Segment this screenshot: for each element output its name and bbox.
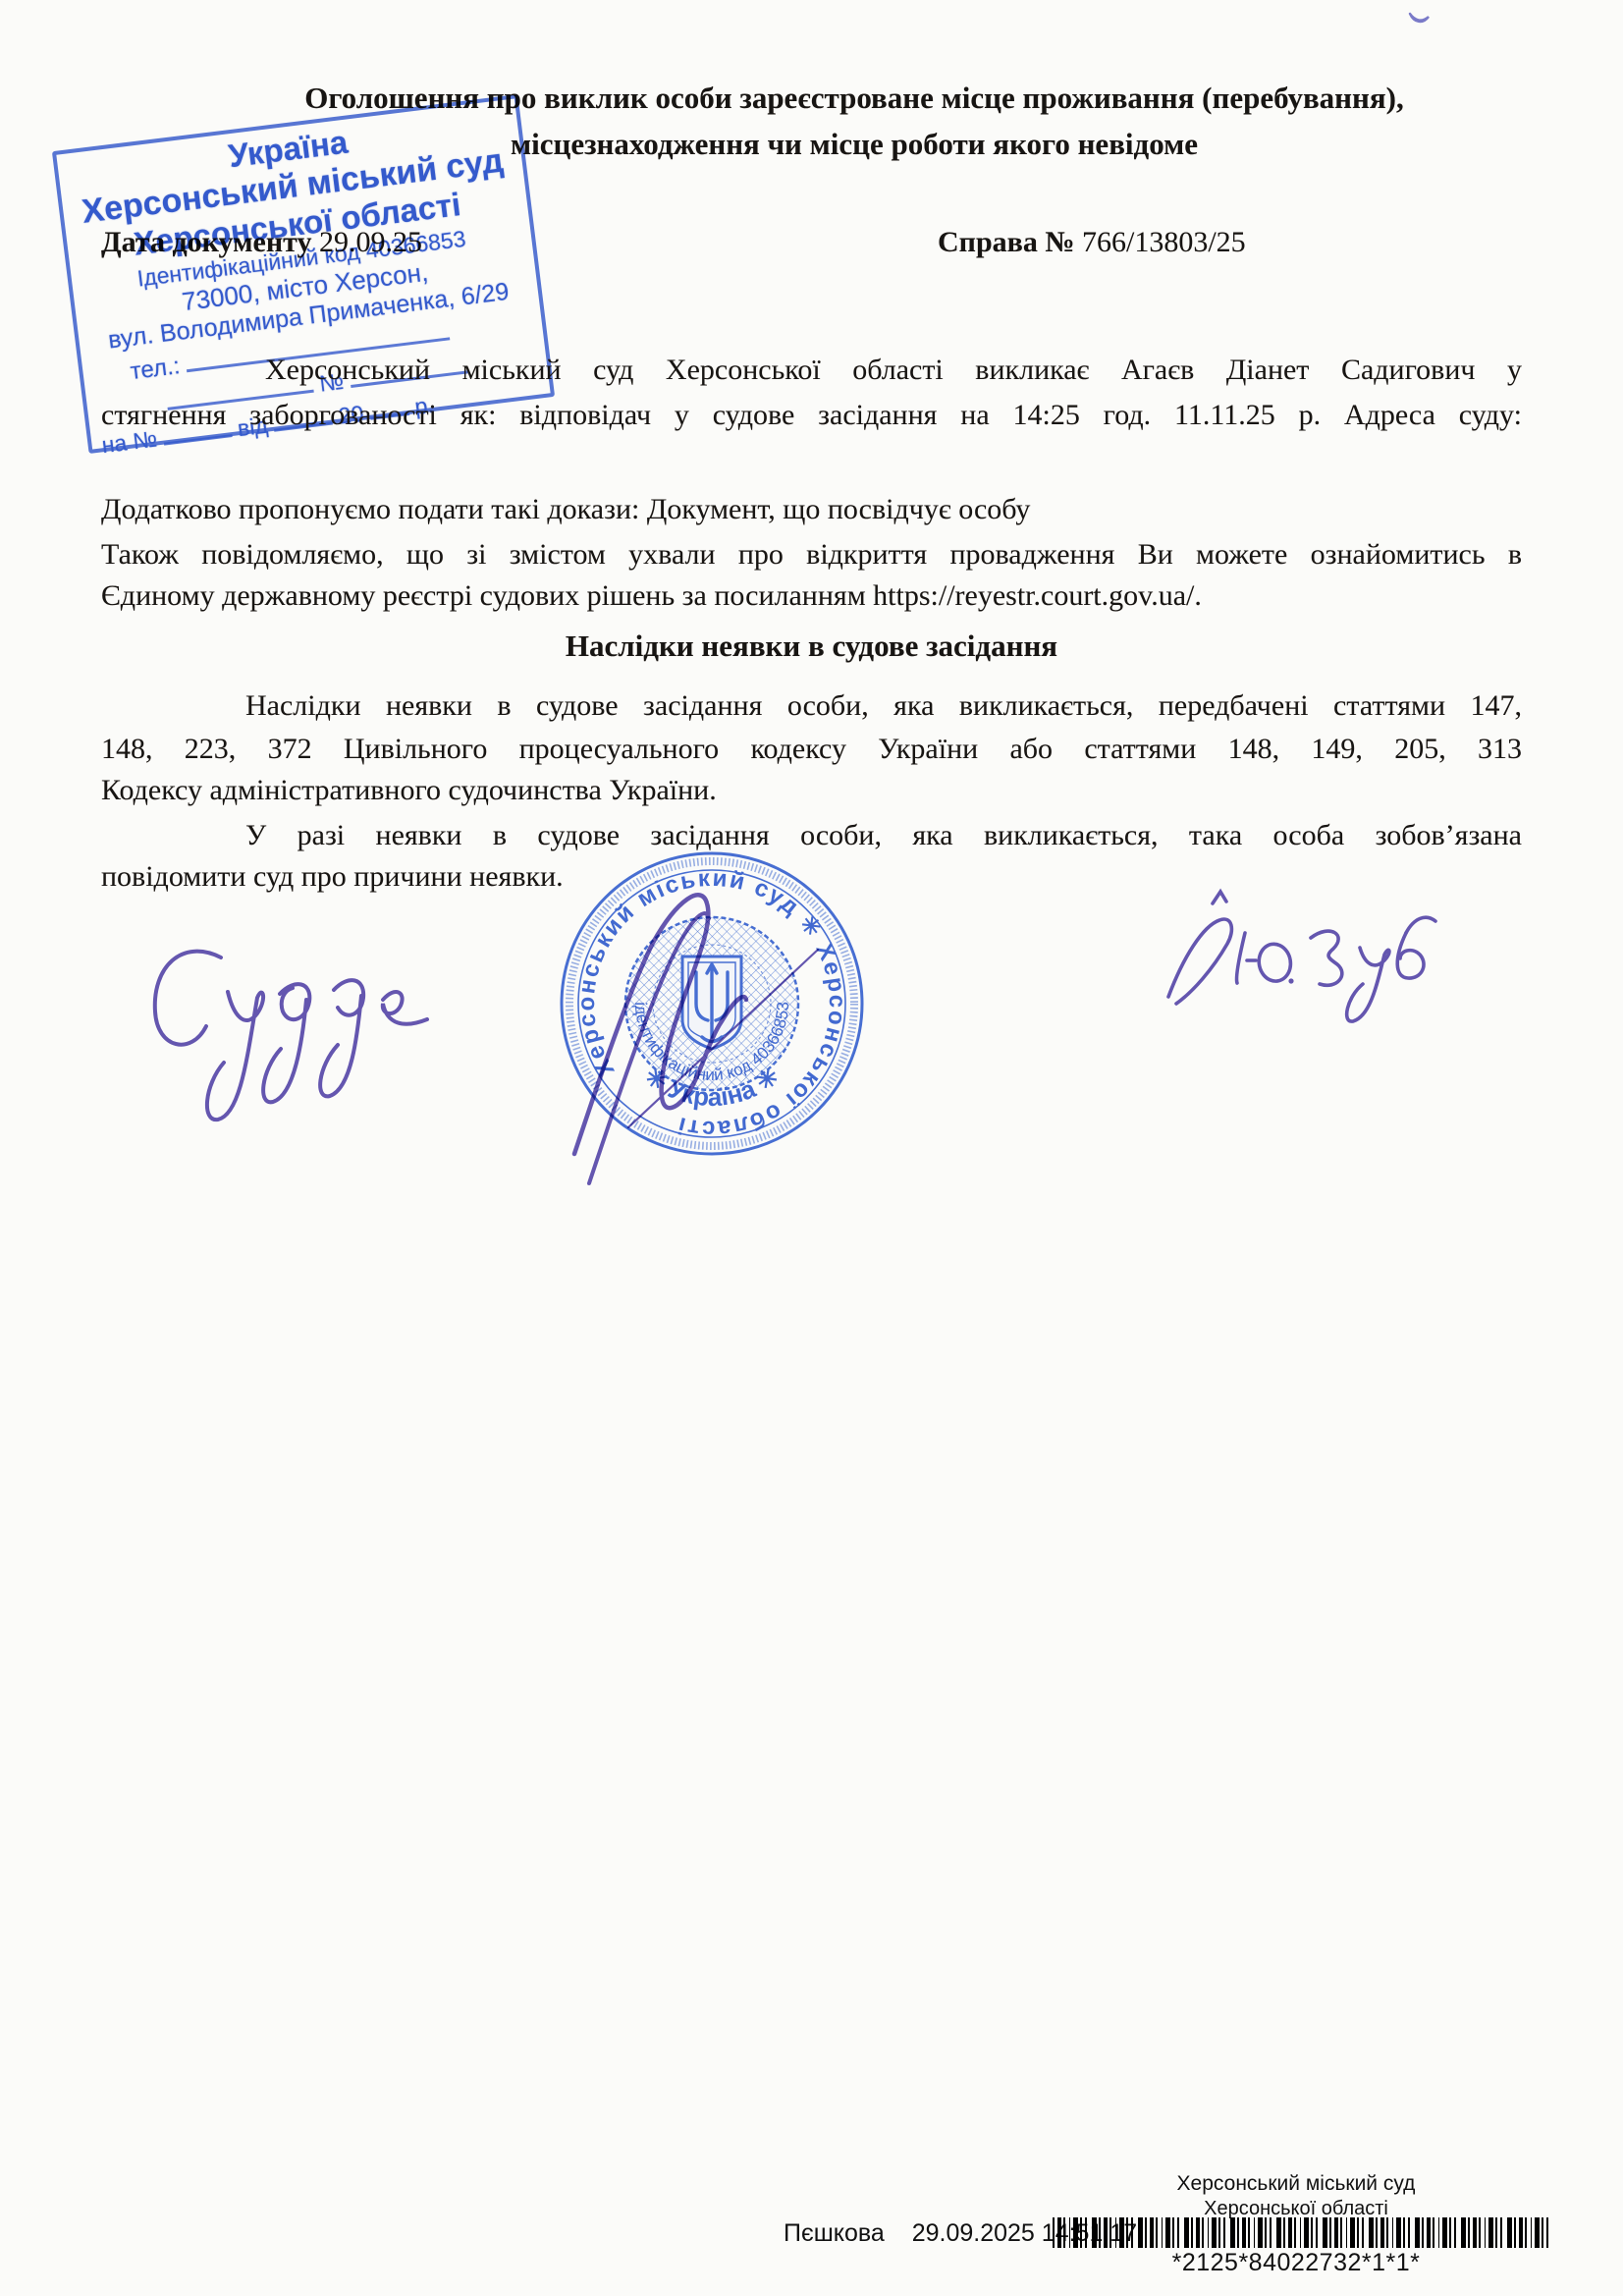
footer-operator-name: Пєшкова bbox=[784, 2219, 885, 2247]
body-paragraph3-line2: повідомити суд про причини неявки. bbox=[101, 860, 564, 894]
document-barcode bbox=[1053, 2217, 1549, 2248]
registry-line2: Єдиному державному реєстрі судових рішен… bbox=[101, 579, 1202, 613]
body-paragraph3-line1: У разі неявки в судове засідання особи, … bbox=[245, 817, 1522, 854]
case-value: 766/13803/25 bbox=[1082, 226, 1246, 258]
judge-handwritten-signature: Суддя bbox=[137, 913, 452, 1149]
section-heading: Наслідки неявки в судове засідання bbox=[101, 629, 1522, 664]
registry-line1: Також повідомляємо, що зі змістом ухвали… bbox=[101, 536, 1522, 574]
barcode-value-caption: *2125*84022732*1*1* bbox=[1100, 2249, 1492, 2277]
right-signature-strokes bbox=[1109, 879, 1463, 1046]
footer-court-name-line1: Херсонський міський суд bbox=[1100, 2172, 1492, 2196]
judge-signature-strokes bbox=[137, 913, 452, 1149]
body-paragraph1-line2: стягнення заборгованості як: відповідач … bbox=[101, 397, 1522, 434]
evidence-line: Додатково пропонуємо подати такі докази:… bbox=[101, 493, 1030, 526]
right-handwritten-signature: Ю.Зуб bbox=[1109, 879, 1463, 1046]
scanned-court-document: { "colors":{"stamp_blue":"#2a52cf","seal… bbox=[0, 0, 1623, 2296]
seal-signature-strokes bbox=[530, 864, 943, 1218]
stray-ink-mark bbox=[1404, 6, 1443, 31]
body-paragraph1-line1: Херсонський міський суд Херсонської обла… bbox=[265, 352, 1522, 389]
case-label: Справа № bbox=[938, 226, 1074, 258]
body-paragraph2-line3: Кодексу адміністративного судочинства Ук… bbox=[101, 774, 717, 807]
body-paragraph2-line2: 148, 223, 372 Цивільного процесуального … bbox=[101, 731, 1522, 768]
stamp-phone-label: тел.: bbox=[129, 353, 182, 385]
case-number: Справа № 766/13803/25 bbox=[938, 226, 1246, 259]
body-paragraph2-line1: Наслідки неявки в судове засідання особи… bbox=[245, 687, 1522, 725]
seal-overlay-signature bbox=[530, 864, 943, 1218]
